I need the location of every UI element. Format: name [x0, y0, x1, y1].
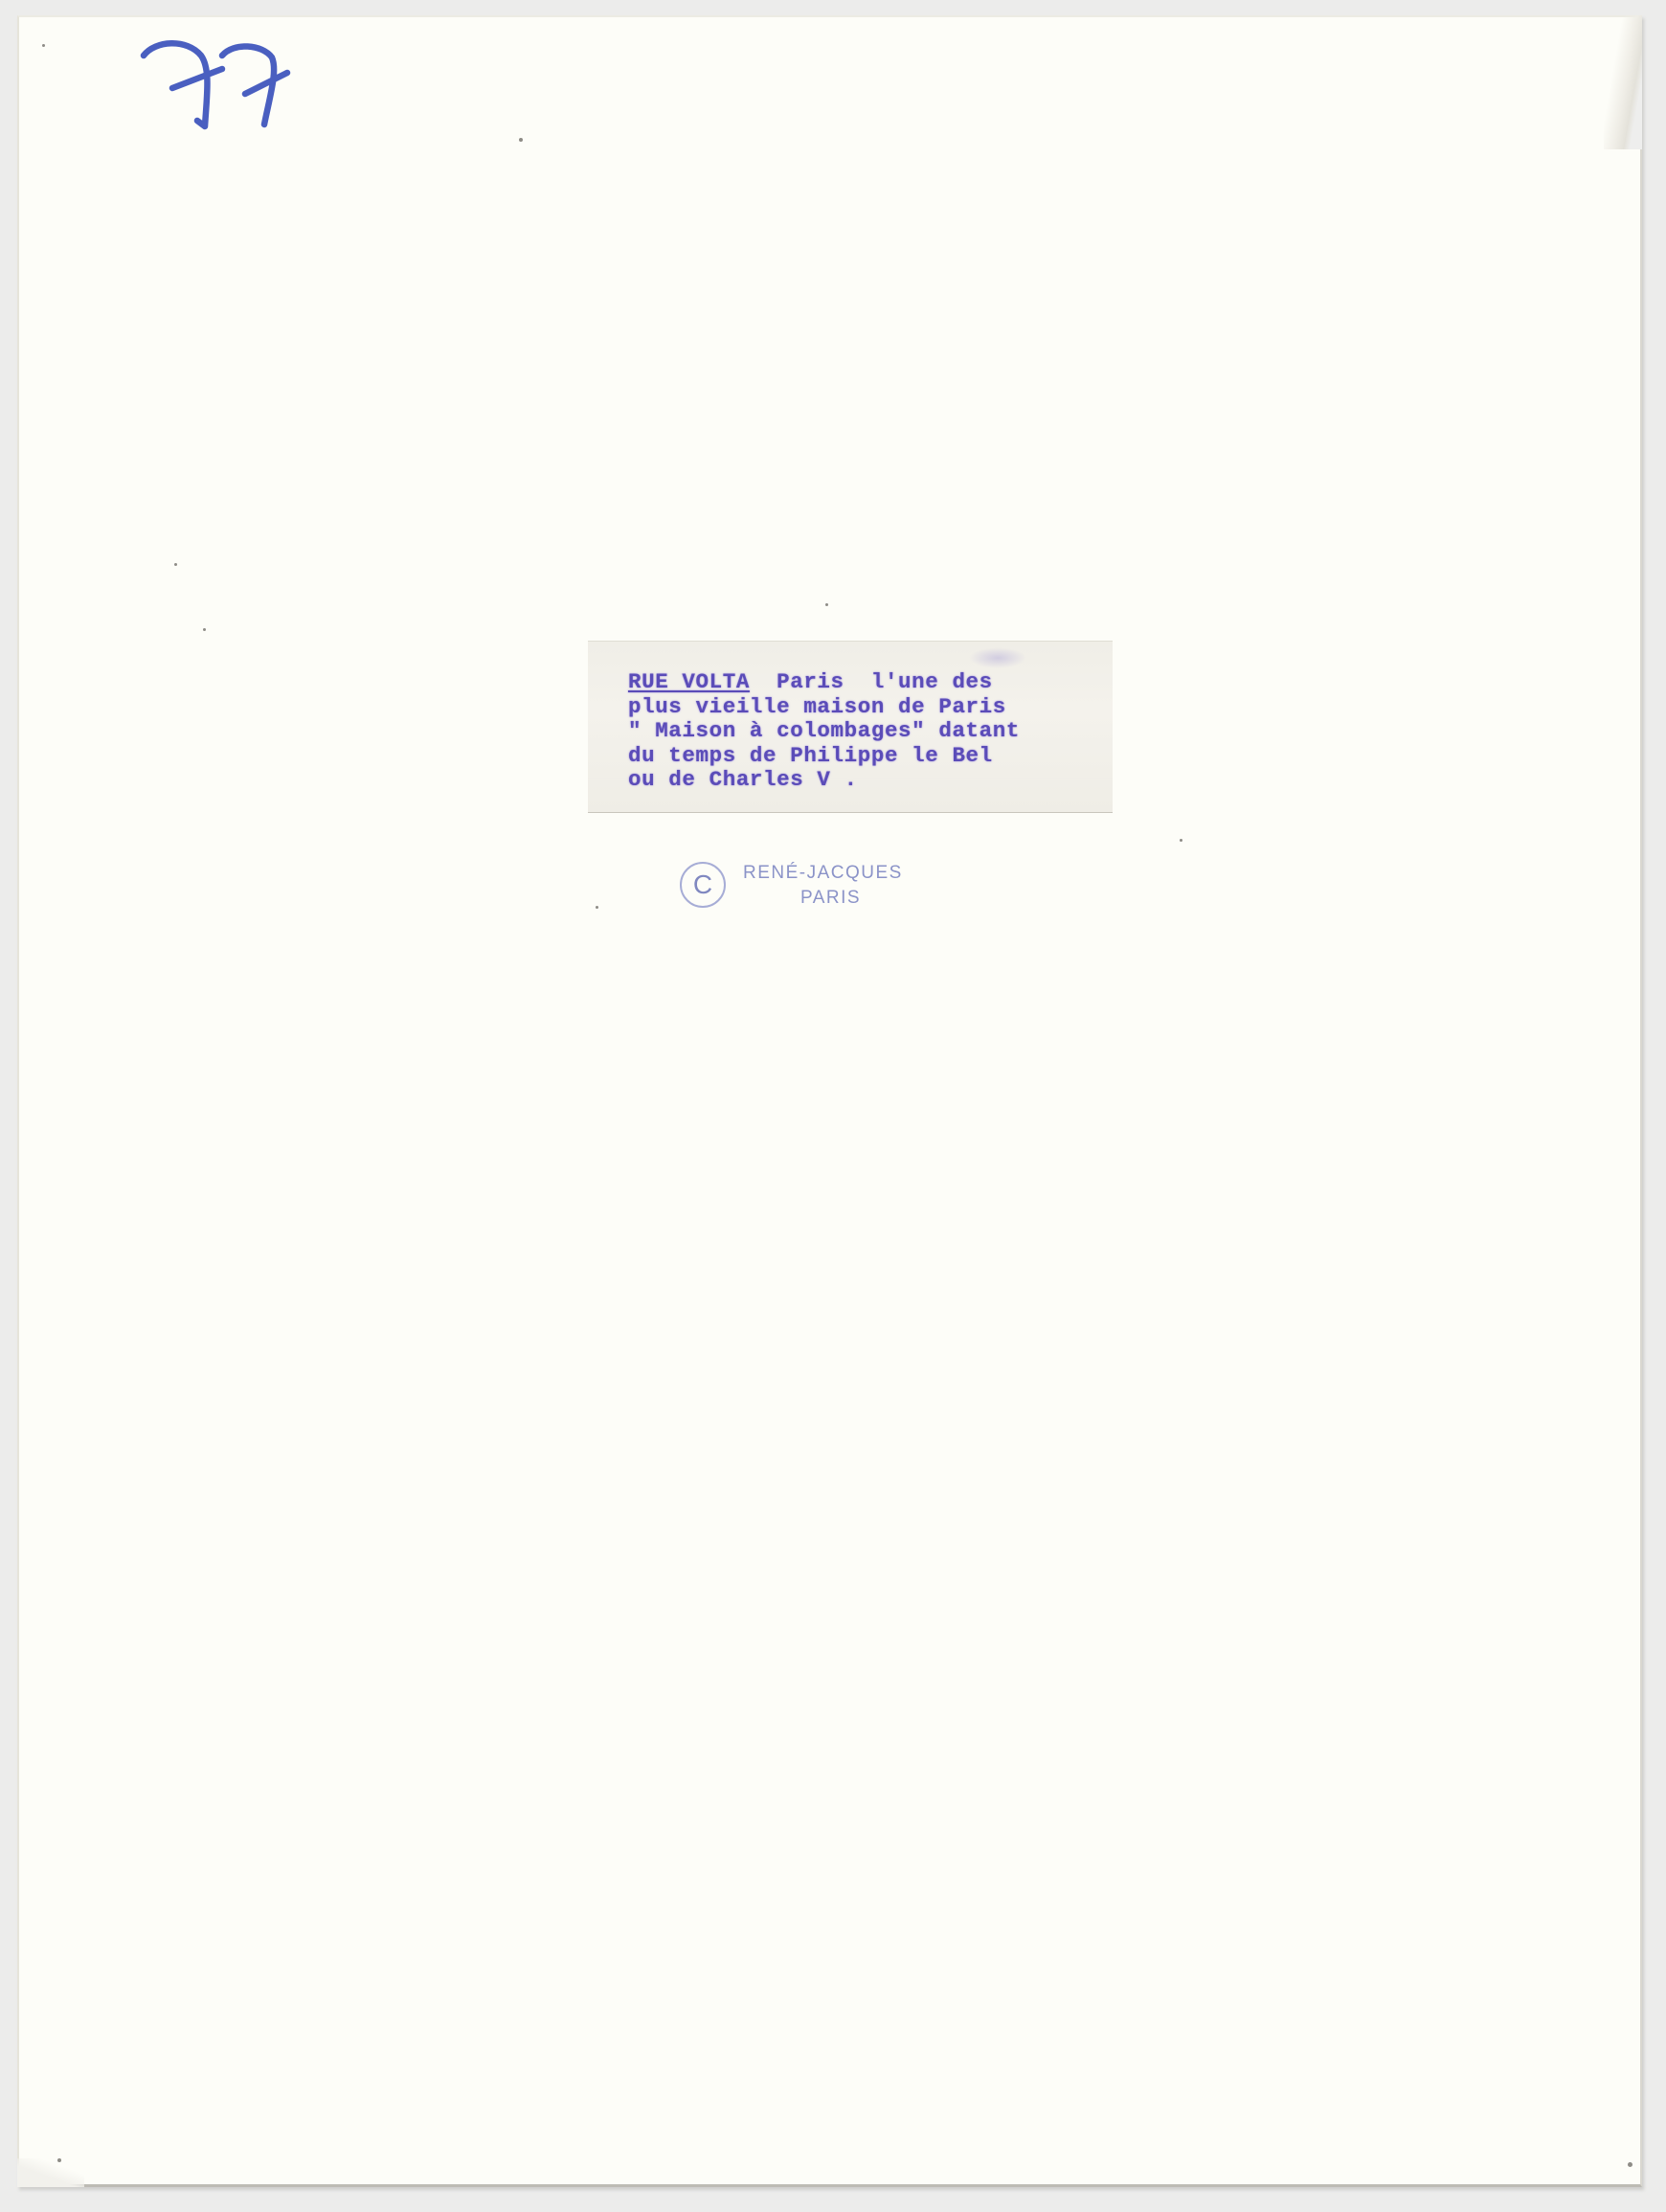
dust-speck [174, 563, 177, 566]
photographer-stamp: C RENÉ-JACQUES PARIS [680, 860, 948, 917]
ink-smudge [969, 647, 1026, 668]
dust-speck [519, 138, 523, 142]
paper-corner-crease [17, 2158, 84, 2187]
dust-speck [596, 906, 598, 909]
typed-caption-label: RUE VOLTA Paris l'une des plus vieille m… [588, 642, 1113, 812]
dust-speck [42, 44, 45, 47]
copyright-symbol: C [693, 869, 712, 900]
stamp-photographer-name: RENÉ-JACQUES [743, 863, 903, 884]
caption-street-title: RUE VOLTA [628, 669, 750, 694]
caption-line-5: ou de Charles V . [628, 768, 1113, 793]
stamp-city: PARIS [800, 888, 861, 909]
copyright-icon: C [680, 862, 726, 908]
caption-line-1-rest: Paris l'une des [750, 669, 993, 694]
caption-line-3: " Maison à colombages" datant [628, 719, 1113, 744]
dust-speck [1180, 839, 1182, 842]
dust-speck [203, 628, 206, 631]
caption-line-4: du temps de Philippe le Bel [628, 744, 1113, 769]
handwritten-number: 77 [134, 29, 297, 144]
photo-verso-paper [17, 15, 1642, 2187]
handwritten-77-icon [134, 29, 297, 144]
dust-speck [825, 603, 828, 606]
dust-speck [1628, 2162, 1632, 2167]
paper-corner-curl [1604, 15, 1642, 149]
dust-speck [57, 2158, 61, 2162]
caption-line-1: RUE VOLTA Paris l'une des [628, 670, 1113, 695]
caption-line-2: plus vieille maison de Paris [628, 695, 1113, 720]
